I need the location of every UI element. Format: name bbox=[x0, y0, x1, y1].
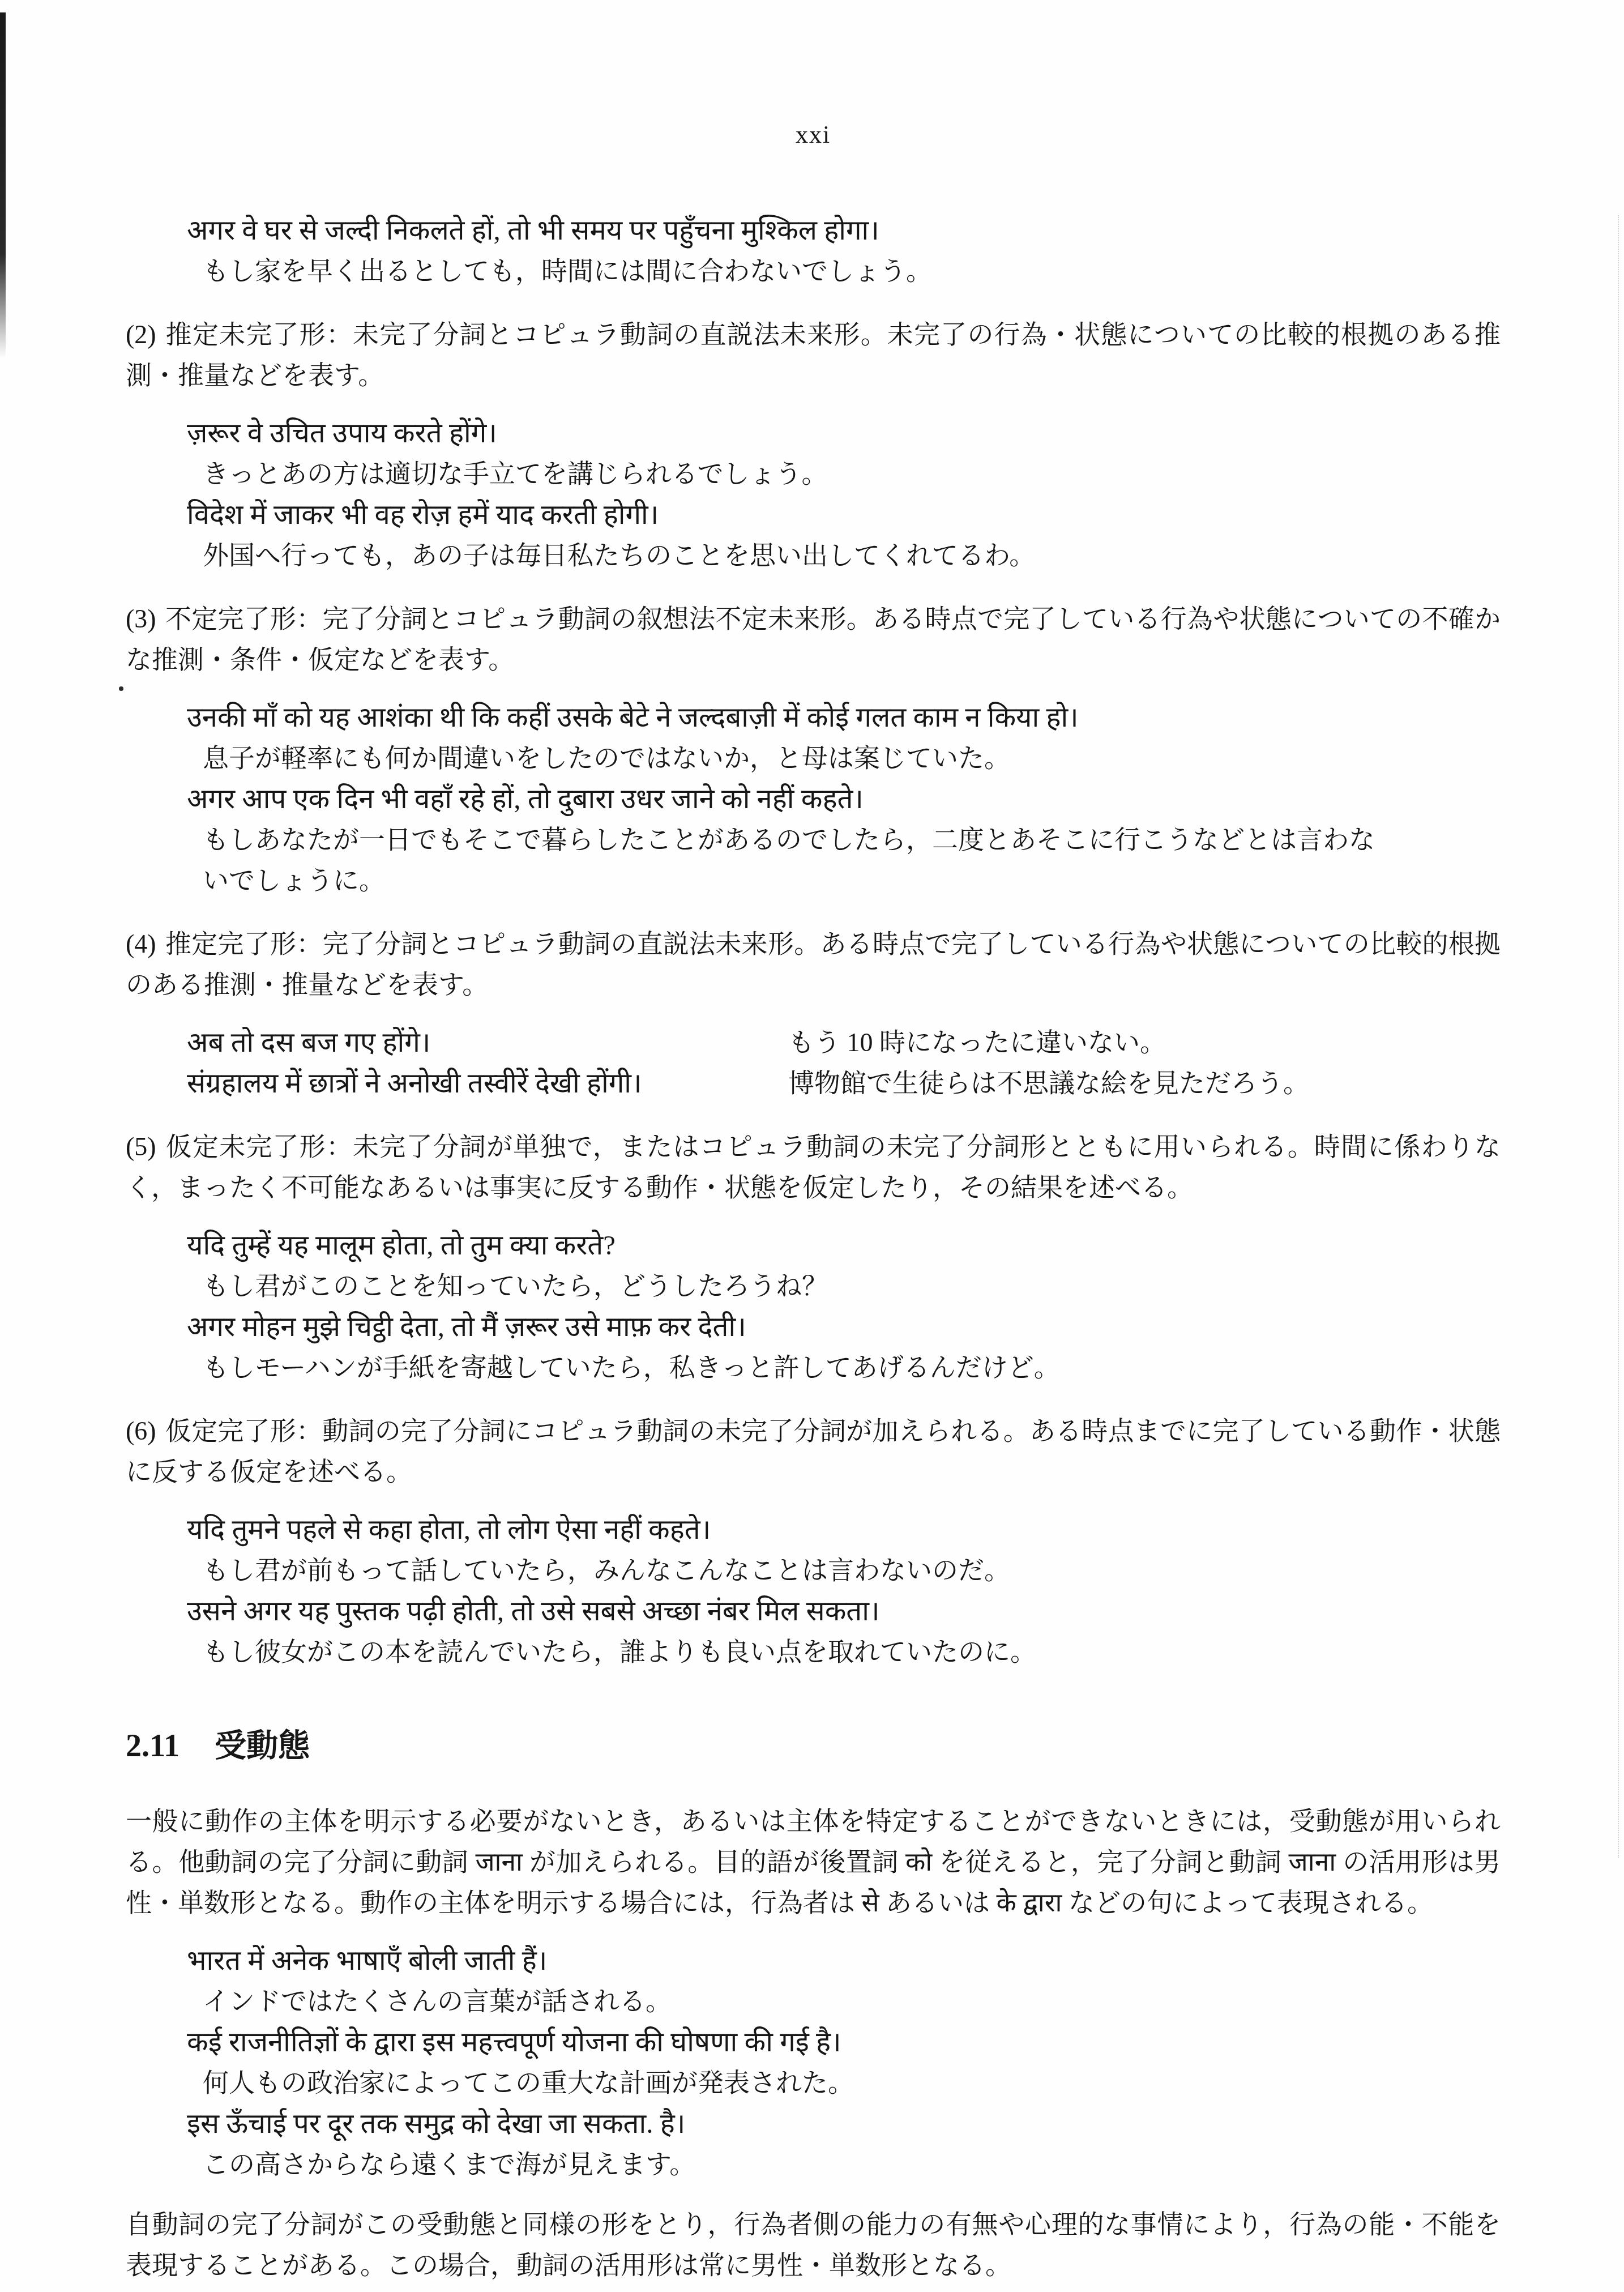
section-6: (6)仮定完了形：動詞の完了分詞にコピュラ動詞の未完了分詞が加えられる。ある時点… bbox=[126, 1411, 1501, 1672]
example-hindi-line: अगर मोहन मुझे चिट्ठी देता, तो मैं ज़रूर … bbox=[187, 1307, 1501, 1347]
example-hindi-line: अगर आप एक दिन भी वहाँ रहे हों, तो दुबारा… bbox=[187, 779, 1501, 820]
section-4-label: (4) bbox=[126, 929, 156, 958]
section-4-heading-text: 推定完了形：完了分詞とコピュラ動詞の直説法未来形。ある時点で完了している行為や状… bbox=[126, 929, 1501, 999]
example-two-column-row: संग्रहालय में छात्रों ने अनोखी तस्वीरें … bbox=[187, 1063, 1501, 1104]
section-5-examples: यदि तुम्हें यह मालूम होता, तो तुम क्या क… bbox=[126, 1225, 1501, 1388]
section-5-paragraph: (5)仮定未完了形：未完了分詞が単独で，またはコピュラ動詞の未完了分詞形とともに… bbox=[126, 1126, 1501, 1208]
example-two-column-row: अब तो दस बज गए होंगे। もう 10 時になったに違いない。 bbox=[187, 1022, 1501, 1063]
example-hindi-line: भारत में अनेक भाषाएँ बोली जाती हैं। bbox=[187, 1940, 1501, 1981]
example-hindi-line: उनकी माँ को यह आशंका थी कि कहीं उसके बेट… bbox=[187, 697, 1501, 738]
section-5-heading-text: 仮定未完了形：未完了分詞が単独で，またはコピュラ動詞の未完了分詞形とともに用いら… bbox=[126, 1132, 1501, 1202]
example-japanese-line: インドではたくさんの言葉が話される。 bbox=[203, 1981, 1501, 2022]
example-hindi-line: उसने अगर यह पुस्तक पढ़ी होती, तो उसे सबस… bbox=[187, 1591, 1501, 1632]
ink-speck-artifact bbox=[119, 686, 123, 691]
section-2-label: (2) bbox=[126, 320, 156, 349]
section-5: (5)仮定未完了形：未完了分詞が単独で，またはコピュラ動詞の未完了分詞形とともに… bbox=[126, 1126, 1501, 1388]
section-6-heading-text: 仮定完了形：動詞の完了分詞にコピュラ動詞の未完了分詞が加えられる。ある時点までに… bbox=[126, 1416, 1501, 1486]
passive-closing-paragraph: 自動詞の完了分詞がこの受動態と同様の形をとり，行為者側の能力の有無や心理的な事情… bbox=[126, 2204, 1501, 2286]
passive-section-number: 2.11 bbox=[126, 1728, 180, 1764]
example-hindi-line: अब तो दस बज गए होंगे। bbox=[187, 1022, 788, 1063]
example-japanese-line: もしあなたが一日でもそこで暮らしたことがあるのでしたら，二度とあそこに行こうなど… bbox=[203, 820, 1501, 860]
example-hindi-line: यदि तुम्हें यह मालूम होता, तो तुम क्या क… bbox=[187, 1225, 1501, 1266]
section-6-paragraph: (6)仮定完了形：動詞の完了分詞にコピュラ動詞の未完了分詞が加えられる。ある時点… bbox=[126, 1411, 1501, 1492]
example-japanese-line: 外国へ行っても，あの子は毎日私たちのことを思い出してくれてるわ。 bbox=[203, 535, 1501, 576]
passive-examples: भारत में अनेक भाषाएँ बोली जाती हैं। インドで… bbox=[126, 1940, 1501, 2185]
example-japanese-line: もし君が前もって話していたら，みんなこんなことは言わないのだ。 bbox=[203, 1550, 1501, 1591]
section-6-label: (6) bbox=[126, 1416, 156, 1445]
intro-example-block: अगर वे घर से जल्दी निकलते हों, तो भी समय… bbox=[126, 210, 1501, 292]
example-japanese-line: もし彼女がこの本を読んでいたら，誰よりも良い点を取れていたのに。 bbox=[203, 1632, 1501, 1672]
passive-intro-paragraph: 一般に動作の主体を明示する必要がないとき，あるいは主体を特定することができないと… bbox=[126, 1801, 1501, 1923]
section-2-heading-text: 推定未完了形：未完了分詞とコピュラ動詞の直説法未来形。未完了の行為・状態について… bbox=[126, 320, 1501, 390]
example-japanese-line: もう 10 時になったに違いない。 bbox=[788, 1022, 1166, 1063]
section-4: (4)推定完了形：完了分詞とコピュラ動詞の直説法未来形。ある時点で完了している行… bbox=[126, 924, 1501, 1104]
example-japanese-line: 息子が軽率にも何か間違いをしたのではないか，と母は案じていた。 bbox=[203, 738, 1501, 779]
section-3-label: (3) bbox=[126, 604, 156, 633]
section-3-examples: उनकी माँ को यह आशंका थी कि कहीं उसके बेट… bbox=[126, 697, 1501, 901]
example-japanese-line: 何人もの政治家によってこの重大な計画が発表された。 bbox=[203, 2063, 1501, 2103]
section-3-heading-text: 不定完了形：完了分詞とコピュラ動詞の叙想法不定未来形。ある時点で完了している行為… bbox=[126, 604, 1501, 674]
example-hindi-line: अगर वे घर से जल्दी निकलते हों, तो भी समय… bbox=[187, 210, 1501, 251]
scan-edge-artifact-left bbox=[0, 12, 6, 358]
section-2-examples: ज़रूर वे उचित उपाय करते होंगे। きっとあの方は適切… bbox=[126, 413, 1501, 576]
passive-section-title: 受動態 bbox=[215, 1727, 310, 1763]
example-japanese-line: この高さからなら遠くまで海が見えます。 bbox=[203, 2144, 1501, 2185]
section-3: (3)不定完了形：完了分詞とコピュラ動詞の叙想法不定未来形。ある時点で完了してい… bbox=[126, 599, 1501, 901]
example-japanese-line: もし家を早く出るとしても，時間には間に合わないでしょう。 bbox=[203, 251, 1501, 292]
section-2-paragraph: (2)推定未完了形：未完了分詞とコピュラ動詞の直説法未来形。未完了の行為・状態に… bbox=[126, 314, 1501, 396]
section-3-paragraph: (3)不定完了形：完了分詞とコピュラ動詞の叙想法不定未来形。ある時点で完了してい… bbox=[126, 599, 1501, 680]
example-hindi-line: ज़रूर वे उचित उपाय करते होंगे। bbox=[187, 413, 1501, 454]
example-japanese-continuation-line: いでしょうに。 bbox=[203, 860, 1501, 901]
section-2: (2)推定未完了形：未完了分詞とコピュラ動詞の直説法未来形。未完了の行為・状態に… bbox=[126, 314, 1501, 576]
page-number: xxi bbox=[126, 120, 1501, 149]
page-content: xxi अगर वे घर से जल्दी निकलते हों, तो भी… bbox=[126, 0, 1501, 2286]
example-hindi-line: संग्रहालय में छात्रों ने अनोखी तस्वीरें … bbox=[187, 1063, 788, 1104]
scan-edge-artifact-right bbox=[1618, 215, 1619, 1858]
section-4-paragraph: (4)推定完了形：完了分詞とコピュラ動詞の直説法未来形。ある時点で完了している行… bbox=[126, 924, 1501, 1005]
example-japanese-line: きっとあの方は適切な手立てを講じられるでしょう。 bbox=[203, 454, 1501, 494]
section-5-label: (5) bbox=[126, 1132, 156, 1161]
example-japanese-line: 博物館で生徒らは不思議な絵を見ただろう。 bbox=[788, 1063, 1309, 1104]
example-hindi-line: यदि तुमने पहले से कहा होता, तो लोग ऐसा न… bbox=[187, 1509, 1501, 1550]
example-hindi-line: कई राजनीतिज्ञों के द्वारा इस महत्त्वपूर्… bbox=[187, 2022, 1501, 2063]
example-hindi-line: विदेश में जाकर भी वह रोज़ हमें याद करती … bbox=[187, 494, 1501, 535]
passive-section-heading: 2.11受動態 bbox=[126, 1729, 1501, 1762]
example-japanese-line: もしモーハンが手紙を寄越していたら，私きっと許してあげるんだけど。 bbox=[203, 1347, 1501, 1388]
section-4-examples: अब तो दस बज गए होंगे। もう 10 時になったに違いない。 … bbox=[126, 1022, 1501, 1104]
scanned-book-page: xxi अगर वे घर से जल्दी निकलते हों, तो भी… bbox=[0, 0, 1624, 2292]
section-6-examples: यदि तुमने पहले से कहा होता, तो लोग ऐसा न… bbox=[126, 1509, 1501, 1672]
example-japanese-line: もし君がこのことを知っていたら，どうしたろうね？ bbox=[203, 1266, 1501, 1307]
example-hindi-line: इस ऊँचाई पर दूर तक समुद्र को देखा जा सकत… bbox=[187, 2103, 1501, 2144]
